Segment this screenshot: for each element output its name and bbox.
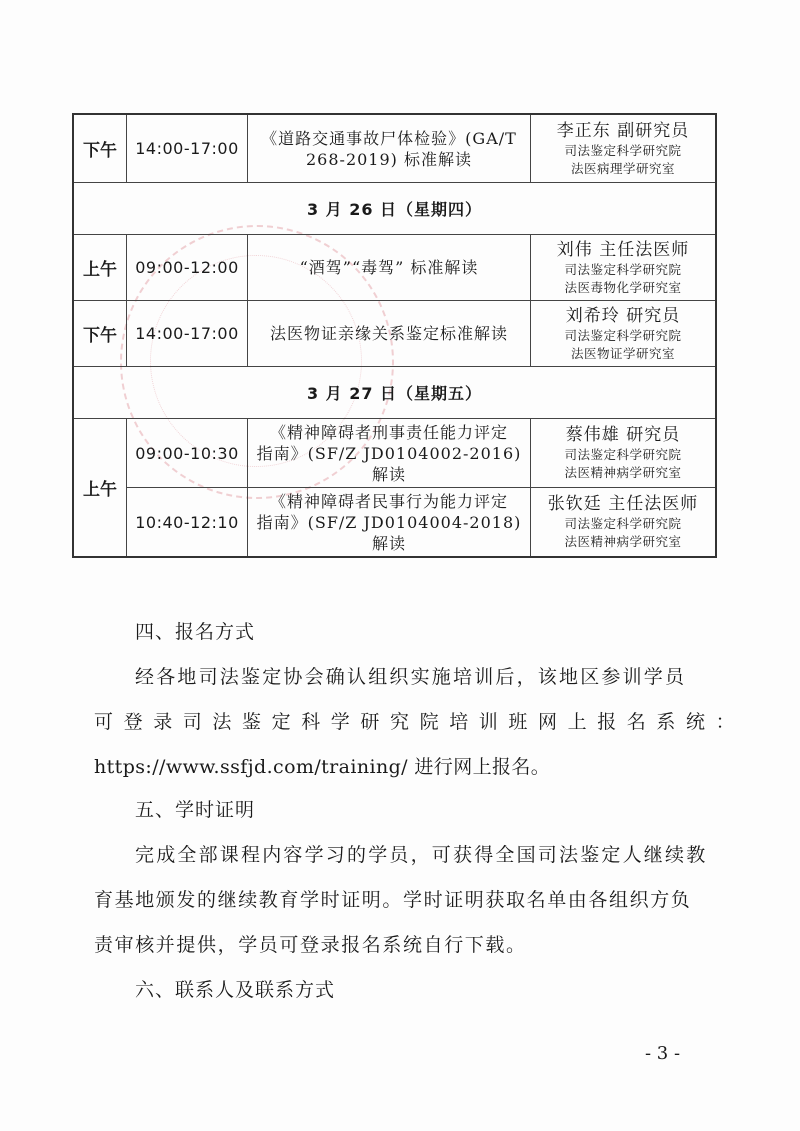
- date-heading: 3 月 26 日（星期四）: [73, 183, 716, 235]
- speaker-cell: 李正东 副研究员 司法鉴定科学研究院 法医病理学研究室: [531, 114, 717, 183]
- speaker-name: 张钦廷 主任法医师: [531, 493, 715, 515]
- topic-cell: 《精神障碍者刑事责任能力评定 指南》(SF/Z JD0104002-2016) …: [248, 419, 531, 488]
- topic-line: 指南》(SF/Z JD0104002-2016): [248, 443, 530, 464]
- speaker-cell: 刘希玲 研究员 司法鉴定科学研究院 法医物证学研究室: [531, 301, 717, 367]
- date-row: 3 月 26 日（星期四）: [73, 183, 716, 235]
- period-cell: 下午: [73, 301, 127, 367]
- topic-line: 268-2019) 标准解读: [248, 149, 530, 170]
- date-heading: 3 月 27 日（星期五）: [73, 367, 716, 419]
- training-schedule-table: 下午 14:00-17:00 《道路交通事故尸体检验》(GA/T 268-201…: [72, 113, 717, 558]
- table-row: 10:40-12:10 《精神障碍者民事行为能力评定 指南》(SF/Z JD01…: [73, 488, 716, 558]
- certificate-text-line: 育基地颁发的继续教育学时证明。学时证明获取名单由各组织方负: [94, 885, 691, 912]
- registration-text-line: 可登录司法鉴定科学研究院培训班网上报名系统：: [94, 707, 745, 734]
- topic-cell: “酒驾”“毒驾” 标准解读: [248, 235, 531, 301]
- time-cell: 09:00-12:00: [127, 235, 248, 301]
- topic-line: 解读: [248, 464, 530, 485]
- speaker-institute: 司法鉴定科学研究院: [531, 327, 715, 345]
- page-number: - 3 -: [645, 1043, 680, 1064]
- speaker-cell: 刘伟 主任法医师 司法鉴定科学研究院 法医毒物化学研究室: [531, 235, 717, 301]
- topic-line: 法医物证亲缘关系鉴定标准解读: [248, 323, 530, 344]
- speaker-institute: 司法鉴定科学研究院: [531, 446, 715, 464]
- section-heading-certificate: 五、学时证明: [135, 795, 255, 822]
- period-cell: 下午: [73, 114, 127, 183]
- topic-line: 《精神障碍者刑事责任能力评定: [248, 422, 530, 443]
- speaker-department: 法医物证学研究室: [531, 345, 715, 363]
- time-cell: 14:00-17:00: [127, 114, 248, 183]
- table-row: 上午 09:00-12:00 “酒驾”“毒驾” 标准解读 刘伟 主任法医师 司法…: [73, 235, 716, 301]
- topic-line: 解读: [248, 533, 530, 554]
- certificate-text-line: 责审核并提供，学员可登录报名系统自行下载。: [94, 930, 527, 957]
- speaker-department: 法医毒物化学研究室: [531, 279, 715, 297]
- speaker-department: 法医精神病学研究室: [531, 464, 715, 482]
- registration-url-line: https://www.ssfjd.com/training/ 进行网上报名。: [94, 752, 550, 779]
- speaker-cell: 蔡伟雄 研究员 司法鉴定科学研究院 法医精神病学研究室: [531, 419, 717, 488]
- period-cell: 上午: [73, 235, 127, 301]
- speaker-name: 刘希玲 研究员: [531, 305, 715, 327]
- date-row: 3 月 27 日（星期五）: [73, 367, 716, 419]
- time-cell: 09:00-10:30: [127, 419, 248, 488]
- time-cell: 10:40-12:10: [127, 488, 248, 558]
- speaker-institute: 司法鉴定科学研究院: [531, 261, 715, 279]
- section-heading-registration: 四、报名方式: [135, 617, 255, 644]
- table-row: 下午 14:00-17:00 法医物证亲缘关系鉴定标准解读 刘希玲 研究员 司法…: [73, 301, 716, 367]
- topic-line: 《精神障碍者民事行为能力评定: [248, 491, 530, 512]
- table-row: 上午 09:00-10:30 《精神障碍者刑事责任能力评定 指南》(SF/Z J…: [73, 419, 716, 488]
- topic-line: 指南》(SF/Z JD0104004-2018): [248, 512, 530, 533]
- table-row: 下午 14:00-17:00 《道路交通事故尸体检验》(GA/T 268-201…: [73, 114, 716, 183]
- section-heading-contact: 六、联系人及联系方式: [135, 975, 335, 1002]
- speaker-department: 法医病理学研究室: [531, 160, 715, 178]
- period-cell: 上午: [73, 419, 127, 558]
- topic-cell: 《精神障碍者民事行为能力评定 指南》(SF/Z JD0104004-2018) …: [248, 488, 531, 558]
- time-cell: 14:00-17:00: [127, 301, 248, 367]
- topic-cell: 《道路交通事故尸体检验》(GA/T 268-2019) 标准解读: [248, 114, 531, 183]
- speaker-name: 蔡伟雄 研究员: [531, 424, 715, 446]
- speaker-cell: 张钦廷 主任法医师 司法鉴定科学研究院 法医精神病学研究室: [531, 488, 717, 558]
- speaker-name: 李正东 副研究员: [531, 120, 715, 142]
- speaker-department: 法医精神病学研究室: [531, 533, 715, 551]
- speaker-name: 刘伟 主任法医师: [531, 239, 715, 261]
- registration-text-line: 经各地司法鉴定协会确认组织实施培训后，该地区参训学员: [135, 662, 686, 689]
- topic-line: 《道路交通事故尸体检验》(GA/T: [248, 128, 530, 149]
- topic-cell: 法医物证亲缘关系鉴定标准解读: [248, 301, 531, 367]
- certificate-text-line: 完成全部课程内容学习的学员，可获得全国司法鉴定人继续教: [135, 840, 707, 867]
- topic-line: “酒驾”“毒驾” 标准解读: [248, 257, 530, 278]
- speaker-institute: 司法鉴定科学研究院: [531, 515, 715, 533]
- speaker-institute: 司法鉴定科学研究院: [531, 142, 715, 160]
